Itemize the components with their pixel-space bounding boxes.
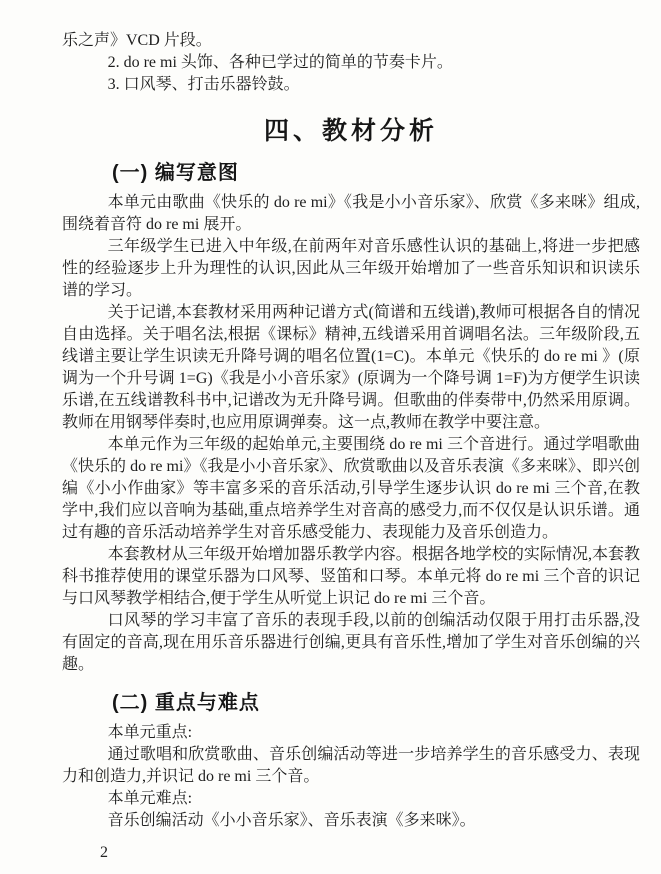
section-heading-1: (一) 编写意图 bbox=[62, 162, 640, 184]
paragraph: 口风琴的学习丰富了音乐的表现手段,以前的创编活动仅限于用打击乐器,没有固定的音高… bbox=[62, 610, 640, 676]
page-number: 2 bbox=[100, 844, 108, 862]
paragraph: 关于记谱,本套教材采用两种记谱方式(简谱和五线谱),教师可根据各自的情况自由选择… bbox=[62, 302, 640, 434]
paragraph: 音乐创编活动《小小音乐家》、音乐表演《多来咪》。 bbox=[62, 810, 640, 832]
paragraph: 本单元重点: bbox=[62, 722, 640, 744]
section-heading-2: (二) 重点与难点 bbox=[62, 692, 640, 714]
paragraph: 本单元由歌曲《快乐的 do re mi》《我是小小音乐家》、欣赏《多来咪》组成,… bbox=[62, 192, 640, 236]
page-body: 乐之声》VCD 片段。 2. do re mi 头饰、各种已学过的简单的节奏卡片… bbox=[62, 30, 640, 832]
list-item-3: 3. 口风琴、打击乐器铃鼓。 bbox=[62, 74, 640, 96]
paragraph: 本套教材从三年级开始增加器乐教学内容。根据各地学校的实际情况,本套教科书推荐使用… bbox=[62, 544, 640, 610]
paragraph: 三年级学生已进入中年级,在前两年对音乐感性认识的基础上,将进一步把感性的经验逐步… bbox=[62, 236, 640, 302]
paragraph: 通过歌唱和欣赏歌曲、音乐创编活动等进一步培养学生的音乐感受力、表现力和创造力,并… bbox=[62, 744, 640, 788]
paragraph: 本单元难点: bbox=[62, 788, 640, 810]
list-item-2: 2. do re mi 头饰、各种已学过的简单的节奏卡片。 bbox=[62, 52, 640, 74]
list-item-continuation: 乐之声》VCD 片段。 bbox=[62, 30, 640, 52]
paragraph: 本单元作为三年级的起始单元,主要围绕 do re mi 三个音进行。通过学唱歌曲… bbox=[62, 434, 640, 544]
chapter-heading: 四、教材分析 bbox=[62, 120, 640, 142]
scanned-book-page: 乐之声》VCD 片段。 2. do re mi 头饰、各种已学过的简单的节奏卡片… bbox=[0, 0, 661, 874]
